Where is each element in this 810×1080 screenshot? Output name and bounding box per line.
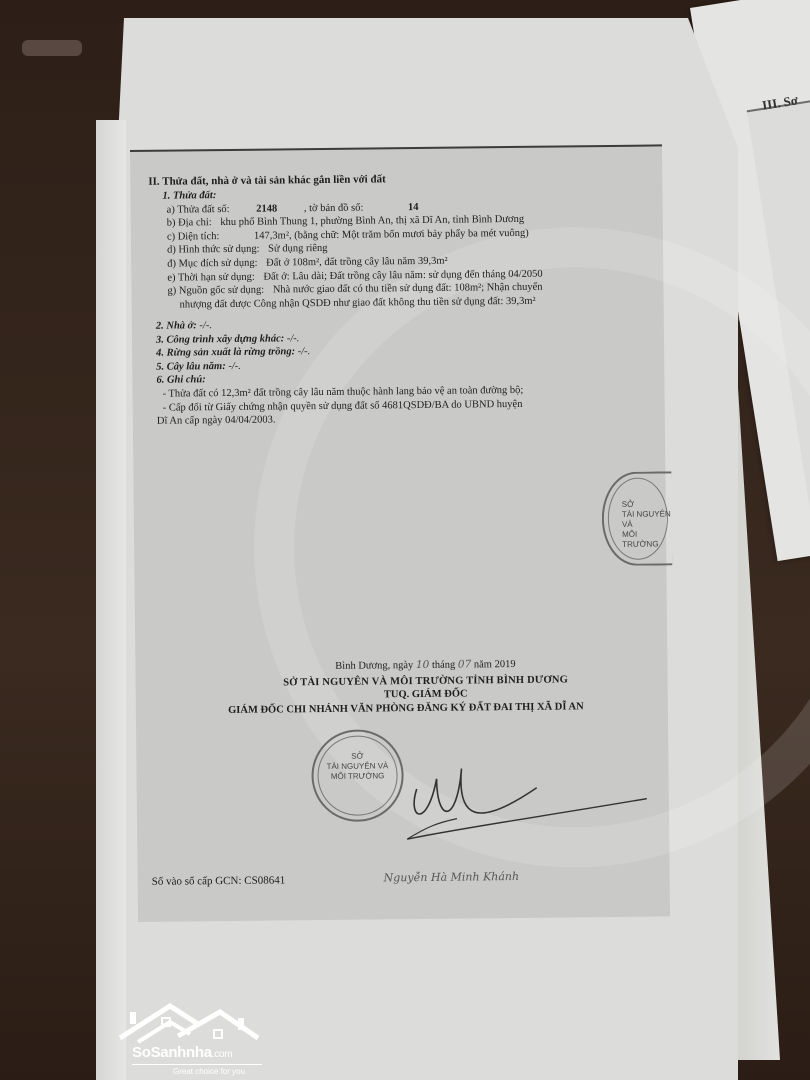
- handwritten-signature: [396, 737, 657, 850]
- other-items-block: 2. Nhà ở: -/-. 3. Công trình xây dựng kh…: [156, 315, 647, 429]
- usage-form-value: Sử dụng riêng: [268, 243, 327, 255]
- area-label: c) Diện tích:: [167, 231, 220, 243]
- sosanhnha-watermark: SoSanhnha.com Great choice for you: [118, 998, 268, 1078]
- sign-year: năm 2019: [474, 659, 516, 670]
- item-production-forest-value: -/-.: [298, 346, 311, 357]
- sign-month-label: tháng: [432, 660, 455, 671]
- stamp-line: TÀI NGUYÊN VÀ: [327, 761, 389, 771]
- table-object: [22, 40, 82, 56]
- stamp-line: SỞ: [351, 752, 363, 761]
- signer-name: Nguyễn Hà Minh Khánh: [384, 870, 520, 885]
- sign-day: 10: [416, 659, 429, 671]
- item-perennial-trees-label: 5. Cây lâu năm:: [156, 361, 226, 373]
- stamp-line: SỞ: [622, 500, 634, 509]
- address-value: khu phố Bình Thung 1, phường Bình An, th…: [220, 214, 524, 228]
- map-sheet-value: 14: [408, 202, 419, 213]
- usage-form-label: d) Hình thức sử dụng:: [167, 244, 260, 256]
- brand-name: SoSanhnha: [132, 1044, 212, 1061]
- purpose-label: đ) Mục đích sử dụng:: [167, 258, 257, 270]
- parcel-number-value: 2148: [256, 203, 277, 214]
- registration-label: Số vào sổ cấp GCN:: [152, 875, 242, 888]
- official-stamp: SỞTÀI NGUYÊN VÀMÔI TRƯỜNG: [311, 729, 404, 822]
- item-other-construction-value: -/-.: [287, 333, 300, 344]
- term-value: Đất ở: Lâu dài; Đất trồng cây lâu năm: s…: [263, 268, 542, 282]
- page-fold: [96, 120, 126, 1080]
- registration-number: Số vào sổ cấp GCN: CS08641: [152, 874, 286, 889]
- origin-label: g) Nguồn gốc sử dụng:: [167, 285, 264, 297]
- purpose-value: Đất ở 108m², đất trồng cây lâu năm 39,3m…: [266, 256, 448, 269]
- item-other-construction-label: 3. Công trình xây dựng khác:: [156, 333, 284, 345]
- stamp-line: MÔI TRƯỜNG: [331, 771, 385, 781]
- watermark-tagline: Great choice for you: [173, 1067, 245, 1076]
- area-value: 147,3m², (bằng chữ: Một trăm bốn mươi bả…: [254, 228, 529, 242]
- address-label: b) Địa chỉ:: [167, 217, 212, 228]
- signature-block: Bình Dương, ngày 10 tháng 07 năm 2019 SỞ…: [185, 656, 666, 717]
- house-roofs-icon: [118, 998, 268, 1046]
- term-label: e) Thời hạn sử dụng:: [167, 271, 255, 283]
- watermark-brand: SoSanhnha.com: [132, 1044, 232, 1061]
- map-sheet-label: , tờ bản đồ số:: [304, 202, 364, 214]
- item-perennial-trees-value: -/-.: [228, 361, 241, 372]
- origin-value-line1: Nhà nước giao đất có thu tiền sử dụng đấ…: [273, 282, 543, 296]
- registration-value: CS08641: [244, 874, 285, 886]
- stamp-line: TÀI NGUYÊN VÀ: [622, 509, 671, 529]
- sign-month: 07: [458, 658, 471, 670]
- land-parcel-block: 1. Thửa đất: a) Thửa đất số: 2148 , tờ b…: [166, 185, 647, 312]
- item-house-value: -/-.: [199, 320, 212, 331]
- item-house-label: 2. Nhà ở:: [156, 320, 197, 331]
- sign-date-prefix: Bình Dương, ngày: [335, 660, 413, 672]
- parcel-number-label: a) Thửa đất số:: [167, 204, 230, 216]
- item-production-forest-label: 4. Rừng sản xuất là rừng trồng:: [156, 346, 295, 358]
- brand-domain: .com: [212, 1049, 232, 1060]
- certificate-panel: II. Thửa đất, nhà ở và tài sản khác gắn …: [130, 144, 670, 922]
- stamp-line: MÔI TRƯỜNG: [622, 530, 659, 549]
- watermark-divider: [132, 1064, 262, 1065]
- official-stamp-partial: SỞTÀI NGUYÊN VÀMÔI TRƯỜNG: [601, 471, 672, 566]
